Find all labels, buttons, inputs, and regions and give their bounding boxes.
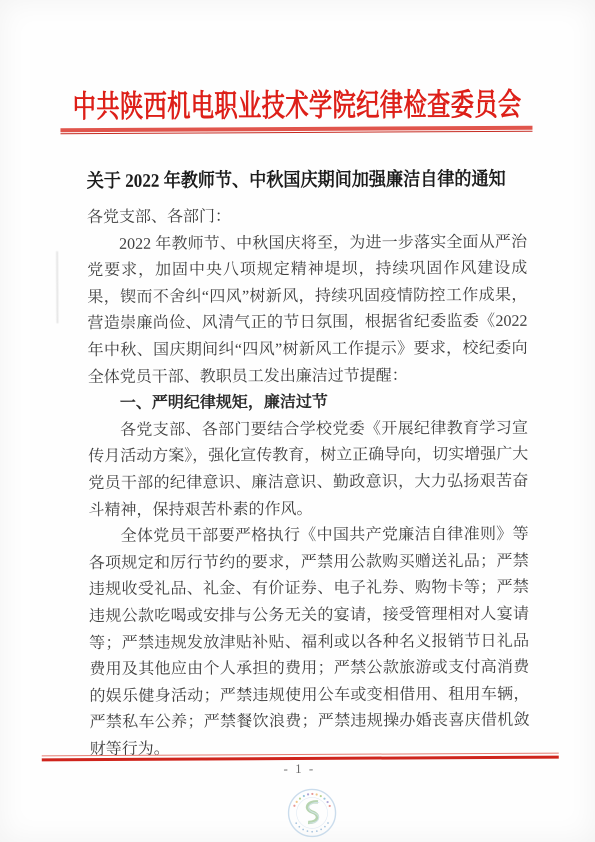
paragraph-prohibitions: 全体党员干部要严格执行《中国共产党廉洁自律准则》等各项规定和厉行节约的要求，严禁… [89,522,530,764]
document-title: 关于 2022 年教师节、中秋国庆期间加强廉洁自律的通知 [28,164,564,194]
paragraph-education: 各党支部、各部门要结合学校党委《开展纪律教育学习宣传月活动方案》，强化宣传教育，… [88,416,529,525]
document-body: 各党支部、各部门： 2022 年教师节、中秋国庆将至，为进一步落实全面从严治党要… [87,203,530,764]
paragraph-intro: 2022 年教师节、中秋国庆将至，为进一步落实全面从严治党要求，加固中央八项规定… [87,229,528,391]
header-red-rule [60,126,532,135]
scan-smudge-artifact [56,251,58,323]
scanned-content: 中共陕西机电职业技术学院纪律检查委员会 关于 2022 年教师节、中秋国庆期间加… [0,0,595,842]
section-heading-1: 一、严明纪律规矩，廉洁过节 [88,389,528,418]
page-number: - 1 - [2,759,595,778]
seal-center-emblem [307,802,319,823]
document-page: 中共陕西机电职业技术学院纪律检查委员会 关于 2022 年教师节、中秋国庆期间加… [0,0,595,842]
salutation: 各党支部、各部门： [87,203,527,232]
college-seal-icon [285,786,339,840]
issuing-org-title: 中共陕西机电职业技术学院纪律检查委员会 [73,79,519,126]
